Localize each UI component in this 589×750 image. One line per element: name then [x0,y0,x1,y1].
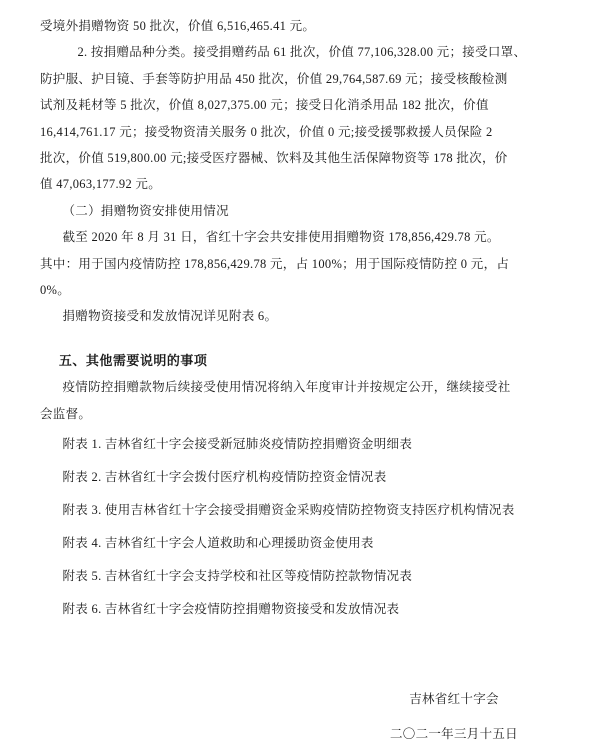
paragraph-line: 截至 2020 年 8 月 31 日，省红十字会共安排使用捐赠物资 178,85… [40,224,551,250]
signature-organization: 吉林省红十字会 [390,686,518,712]
section-heading: 五、其他需要说明的事项 [40,348,551,374]
paragraph-line: 16,414,761.17 元；接受物资清关服务 0 批次，价值 0 元;接受援… [40,119,551,145]
category-paragraph: 2. 按捐赠品种分类。接受捐赠药品 61 批次，价值 77,106,328.00… [40,39,551,197]
paragraph-line: 值 47,063,177.92 元。 [40,171,551,197]
paragraph-line: 试剂及耗材等 5 批次，价值 8,027,375.00 元；接受日化消杀用品 1… [40,92,551,118]
attachment-item: 附表 1. 吉林省红十字会接受新冠肺炎疫情防控捐赠资金明细表 [40,431,551,457]
paragraph-line: 防护服、护目镜、手套等防护用品 450 批次，价值 29,764,587.69 … [40,66,551,92]
reference-line: 捐赠物资接受和发放情况详见附表 6。 [40,303,551,329]
attachment-item: 附表 4. 吉林省红十字会人道救助和心理援助资金使用表 [40,530,551,556]
attachment-item: 附表 6. 吉林省红十字会疫情防控捐赠物资接受和发放情况表 [40,596,551,622]
paragraph-line: 批次，价值 519,800.00 元;接受医疗器械、饮料及其他生活保障物资等 1… [40,145,551,171]
signature-block: 吉林省红十字会 二〇二一年三月十五日 [390,686,518,748]
audit-paragraph: 疫情防控捐赠款物后续接受使用情况将纳入年度审计并按规定公开，继续接受社 会监督。 [40,374,551,427]
paragraph-line: 其中：用于国内疫情防控 178,856,429.78 元，占 100%；用于国际… [40,251,551,277]
subsection-heading: （二）捐赠物资安排使用情况 [40,198,551,224]
paragraph-line: 疫情防控捐赠款物后续接受使用情况将纳入年度审计并按规定公开，继续接受社 [40,374,551,400]
paragraph-line: 2. 按捐赠品种分类。接受捐赠药品 61 批次，价值 77,106,328.00… [40,39,551,65]
attachment-item: 附表 5. 吉林省红十字会支持学校和社区等疫情防控款物情况表 [40,563,551,589]
paragraph-line: 0%。 [40,277,551,303]
attachment-item: 附表 3. 使用吉林省红十字会接受捐赠资金采购疫情防控物资支持医疗机构情况表 [40,497,551,523]
attachment-item: 附表 2. 吉林省红十字会拨付医疗机构疫情防控资金情况表 [40,464,551,490]
signature-date: 二〇二一年三月十五日 [390,721,518,747]
intro-continuation-line: 受境外捐赠物资 50 批次，价值 6,516,465.41 元。 [40,13,551,39]
paragraph-line: 会监督。 [40,401,551,427]
usage-paragraph: 截至 2020 年 8 月 31 日，省红十字会共安排使用捐赠物资 178,85… [40,224,551,303]
document-page: 受境外捐赠物资 50 批次，价值 6,516,465.41 元。 2. 按捐赠品… [0,0,589,750]
attachment-list: 附表 1. 吉林省红十字会接受新冠肺炎疫情防控捐赠资金明细表 附表 2. 吉林省… [40,431,551,622]
